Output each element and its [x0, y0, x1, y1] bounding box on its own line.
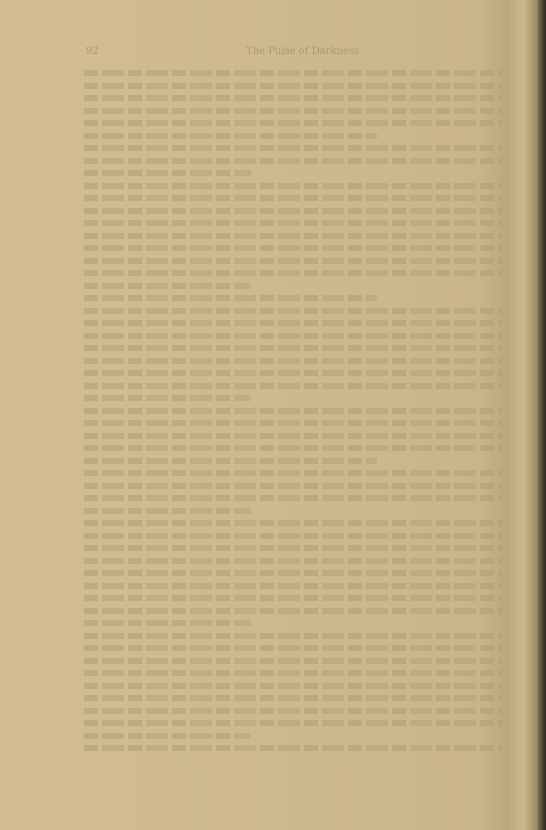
text-line	[84, 395, 251, 401]
text-line	[84, 383, 502, 389]
text-line	[84, 370, 502, 376]
text-line	[84, 308, 502, 314]
text-line	[84, 295, 377, 301]
running-title: The Pulse of Darkness	[246, 46, 359, 57]
text-line	[84, 233, 502, 239]
scanned-page: 92 The Pulse of Darkness	[0, 0, 546, 830]
text-line	[84, 320, 502, 326]
text-line	[84, 683, 502, 689]
text-line	[84, 408, 502, 414]
text-line	[84, 645, 502, 651]
text-line	[84, 633, 502, 639]
text-line	[84, 745, 502, 751]
text-line	[84, 333, 502, 339]
text-line	[84, 183, 502, 189]
text-line	[84, 708, 502, 714]
body-text	[84, 70, 502, 758]
text-line	[84, 245, 502, 251]
text-line	[84, 158, 502, 164]
text-line	[84, 508, 251, 514]
text-line	[84, 658, 502, 664]
text-line	[84, 483, 502, 489]
text-line	[84, 345, 502, 351]
text-line	[84, 570, 502, 576]
text-line	[84, 120, 502, 126]
text-line	[84, 70, 502, 76]
text-line	[84, 258, 502, 264]
text-line	[84, 558, 502, 564]
text-line	[84, 670, 502, 676]
book-spine-edge	[538, 0, 546, 830]
text-line	[84, 520, 502, 526]
text-line	[84, 170, 251, 176]
text-line	[84, 133, 377, 139]
text-line	[84, 695, 502, 701]
text-line	[84, 95, 502, 101]
text-line	[84, 83, 502, 89]
text-line	[84, 583, 502, 589]
text-line	[84, 545, 502, 551]
text-line	[84, 720, 502, 726]
text-line	[84, 620, 251, 626]
text-line	[84, 495, 502, 501]
text-line	[84, 108, 502, 114]
text-line	[84, 470, 502, 476]
text-line	[84, 195, 502, 201]
text-line	[84, 458, 377, 464]
text-line	[84, 608, 502, 614]
text-line	[84, 433, 502, 439]
text-line	[84, 733, 251, 739]
text-line	[84, 220, 502, 226]
text-line	[84, 208, 502, 214]
text-line	[84, 445, 502, 451]
text-line	[84, 358, 502, 364]
running-header: 92 The Pulse of Darkness	[86, 46, 501, 62]
text-line	[84, 145, 502, 151]
text-line	[84, 595, 502, 601]
page-number: 92	[86, 46, 99, 57]
text-line	[84, 420, 502, 426]
text-line	[84, 270, 502, 276]
text-line	[84, 283, 251, 289]
text-line	[84, 533, 502, 539]
